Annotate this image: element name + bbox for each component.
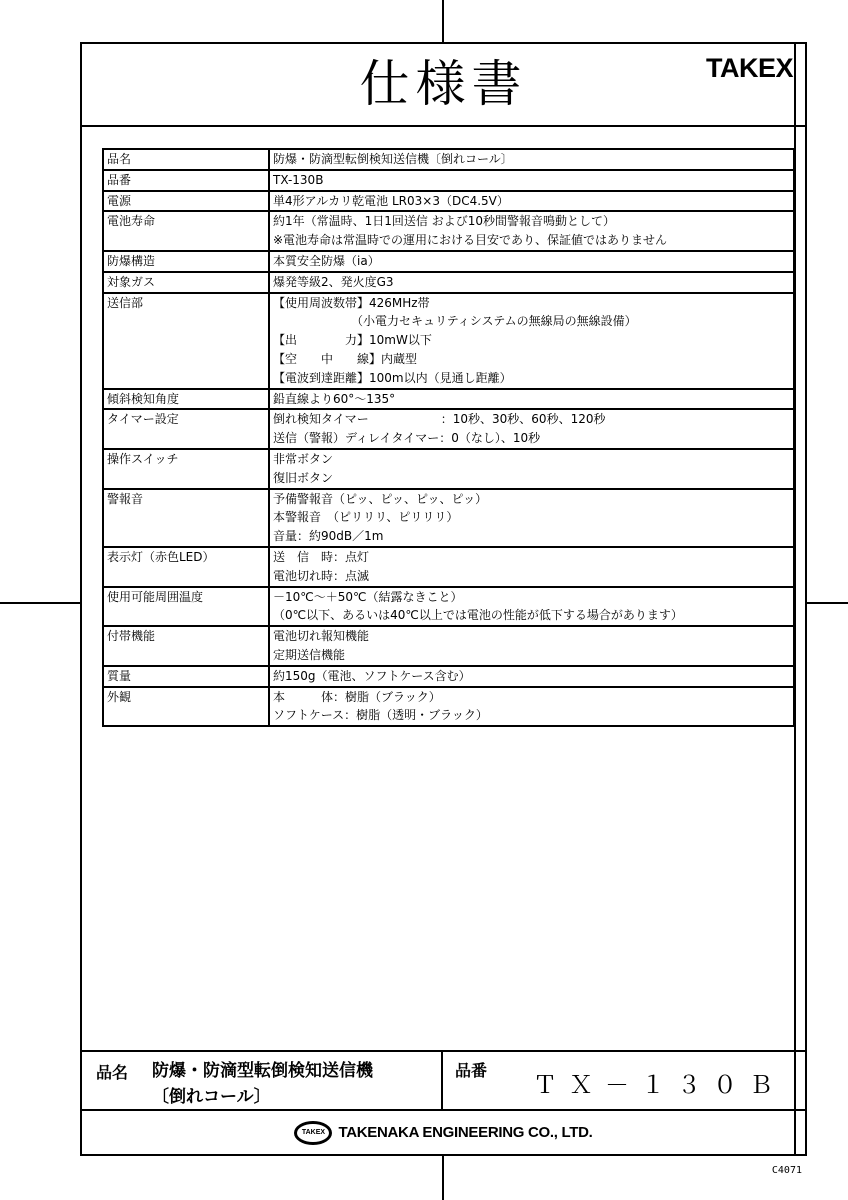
company-block: TAKEX TAKENAKA ENGINEERING CO., LTD. — [82, 1111, 805, 1154]
spec-row: 外観本 体：樹脂（ブラック）ソフトケース：樹脂（透明・ブラック） — [103, 687, 794, 727]
spec-value-line: 本質安全防爆（ia） — [273, 252, 790, 271]
spec-row: 表示灯（赤色LED）送 信 時：点灯電池切れ時：点滅 — [103, 547, 794, 587]
spec-row: 電源単4形アルカリ乾電池 LR03×3（DC4.5V） — [103, 191, 794, 212]
spec-value: 鉛直線より60°～135° — [269, 389, 794, 410]
spec-value-line: 【空 中 線】内蔵型 — [273, 350, 790, 369]
spec-key: 表示灯（赤色LED） — [103, 547, 269, 587]
spec-value-line: 送信（警報）ディレイタイマー：0（なし）、10秒 — [273, 429, 790, 448]
spec-value-line: 約150g（電池、ソフトケース含む） — [273, 667, 790, 686]
spec-value: 約1年（常温時、1日1回送信 および10秒間警報音鳴動として）※電池寿命は常温時… — [269, 211, 794, 251]
spec-value: 爆発等級2、発火度G3 — [269, 272, 794, 293]
spec-value-line: －10℃～＋50℃（結露なきこと） — [273, 588, 790, 607]
brand-logo: TAKEX — [706, 53, 793, 84]
spec-value-line: 【電波到達距離】100m以内（見通し距離） — [273, 369, 790, 388]
spec-value-line: ※電池寿命は常温時での運用における目安であり、保証値ではありません — [273, 231, 790, 250]
spec-value-line: 電池切れ時：点滅 — [273, 567, 790, 586]
company-name: TAKENAKA ENGINEERING CO., LTD. — [338, 1124, 592, 1141]
spec-row: 質量約150g（電池、ソフトケース含む） — [103, 666, 794, 687]
spec-row: 操作スイッチ非常ボタン復旧ボタン — [103, 449, 794, 489]
spec-value-line: 爆発等級2、発火度G3 — [273, 273, 790, 292]
spec-value: －10℃～＋50℃（結露なきこと）（0℃以下、あるいは40℃以上では電池の性能が… — [269, 587, 794, 627]
spec-value-line: 【出 力】10mW以下 — [273, 331, 790, 350]
spec-value-line: 本警報音 （ピリリリ、ピリリリ） — [273, 508, 790, 527]
spec-value-line: 約1年（常温時、1日1回送信 および10秒間警報音鳴動として） — [273, 212, 790, 231]
spec-value: 倒れ検知タイマー ：10秒、30秒、60秒、120秒送信（警報）ディレイタイマー… — [269, 409, 794, 449]
spec-key: 品名 — [103, 149, 269, 170]
spec-row: 品番TX-130B — [103, 170, 794, 191]
registration-mark-bottom — [442, 1156, 444, 1200]
spec-key: 対象ガス — [103, 272, 269, 293]
spec-value-line: 送 信 時：点灯 — [273, 548, 790, 567]
spec-value-line: 非常ボタン — [273, 450, 790, 469]
product-name-cell: 品名 防爆・防滴型転倒検知送信機 〔倒れコール〕 — [82, 1052, 443, 1111]
spec-row: 対象ガス爆発等級2、発火度G3 — [103, 272, 794, 293]
spec-value: 【使用周波数帯】426MHz帯 （小電力セキュリティシステムの無線局の無線設備）… — [269, 293, 794, 389]
spec-row: 品名防爆・防滴型転倒検知送信機〔倒れコール〕 — [103, 149, 794, 170]
spec-value-line: 防爆・防滴型転倒検知送信機〔倒れコール〕 — [273, 150, 790, 169]
spec-value: 送 信 時：点灯電池切れ時：点滅 — [269, 547, 794, 587]
spec-value-line: 電池切れ報知機能 — [273, 627, 790, 646]
spec-value: 予備警報音（ピッ、ピッ、ピッ、ピッ）本警報音 （ピリリリ、ピリリリ）音量：約90… — [269, 489, 794, 547]
spec-key: タイマー設定 — [103, 409, 269, 449]
product-number-value: ＴＸ－１３０Ｂ — [533, 1065, 785, 1100]
spec-row: タイマー設定倒れ検知タイマー ：10秒、30秒、60秒、120秒送信（警報）ディ… — [103, 409, 794, 449]
spec-value-line: ソフトケース：樹脂（透明・ブラック） — [273, 706, 790, 725]
spec-value-line: 単4形アルカリ乾電池 LR03×3（DC4.5V） — [273, 192, 790, 211]
registration-mark-right — [807, 602, 848, 604]
spec-key: 送信部 — [103, 293, 269, 389]
document-frame: 仕様書 TAKEX 品名防爆・防滴型転倒検知送信機〔倒れコール〕品番TX-130… — [80, 42, 807, 1156]
product-number-cell: 品番 ＴＸ－１３０Ｂ — [443, 1052, 805, 1111]
spec-key: 傾斜検知角度 — [103, 389, 269, 410]
spec-value: TX-130B — [269, 170, 794, 191]
spec-value: 防爆・防滴型転倒検知送信機〔倒れコール〕 — [269, 149, 794, 170]
registration-mark-left — [0, 602, 80, 604]
spec-value: 単4形アルカリ乾電池 LR03×3（DC4.5V） — [269, 191, 794, 212]
spec-value-line: 鉛直線より60°～135° — [273, 390, 790, 409]
document-code: C4071 — [772, 1165, 802, 1176]
spec-value: 本質安全防爆（ia） — [269, 251, 794, 272]
spec-value: 電池切れ報知機能定期送信機能 — [269, 626, 794, 666]
spec-value-line: 復旧ボタン — [273, 469, 790, 488]
spec-key: 品番 — [103, 170, 269, 191]
spec-key: 電源 — [103, 191, 269, 212]
document-header: 仕様書 TAKEX — [82, 44, 805, 127]
spec-value-line: 音量：約90dB／1m — [273, 527, 790, 546]
spec-table: 品名防爆・防滴型転倒検知送信機〔倒れコール〕品番TX-130B電源単4形アルカリ… — [102, 148, 795, 727]
spec-row: 電池寿命約1年（常温時、1日1回送信 および10秒間警報音鳴動として）※電池寿命… — [103, 211, 794, 251]
product-number-label: 品番 — [455, 1058, 487, 1081]
spec-row: 送信部【使用周波数帯】426MHz帯 （小電力セキュリティシステムの無線局の無線… — [103, 293, 794, 389]
spec-value-line: （小電力セキュリティシステムの無線局の無線設備） — [273, 312, 790, 331]
spec-key: 警報音 — [103, 489, 269, 547]
spec-row: 警報音予備警報音（ピッ、ピッ、ピッ、ピッ）本警報音 （ピリリリ、ピリリリ）音量：… — [103, 489, 794, 547]
spec-key: 使用可能周囲温度 — [103, 587, 269, 627]
spec-key: 外観 — [103, 687, 269, 727]
spec-value: 非常ボタン復旧ボタン — [269, 449, 794, 489]
product-name-label: 品名 — [96, 1060, 128, 1083]
document-title: 仕様書 — [82, 54, 805, 114]
spec-value-line: （0℃以下、あるいは40℃以上では電池の性能が低下する場合があります） — [273, 606, 790, 625]
spec-value-line: 予備警報音（ピッ、ピッ、ピッ、ピッ） — [273, 490, 790, 509]
spec-value-line: TX-130B — [273, 171, 790, 190]
spec-value: 本 体：樹脂（ブラック）ソフトケース：樹脂（透明・ブラック） — [269, 687, 794, 727]
spec-value-line: 【使用周波数帯】426MHz帯 — [273, 294, 790, 313]
title-block: 品名 防爆・防滴型転倒検知送信機 〔倒れコール〕 品番 ＴＸ－１３０Ｂ TAKE… — [82, 1050, 805, 1154]
spec-key: 防爆構造 — [103, 251, 269, 272]
spec-value-line: 倒れ検知タイマー ：10秒、30秒、60秒、120秒 — [273, 410, 790, 429]
spec-key: 電池寿命 — [103, 211, 269, 251]
spec-value-line: 定期送信機能 — [273, 646, 790, 665]
spec-value: 約150g（電池、ソフトケース含む） — [269, 666, 794, 687]
spec-value-line: 本 体：樹脂（ブラック） — [273, 688, 790, 707]
spec-row: 付帯機能電池切れ報知機能定期送信機能 — [103, 626, 794, 666]
product-name-value: 防爆・防滴型転倒検知送信機 〔倒れコール〕 — [152, 1058, 373, 1110]
spec-key: 付帯機能 — [103, 626, 269, 666]
spec-key: 質量 — [103, 666, 269, 687]
spec-row: 防爆構造本質安全防爆（ia） — [103, 251, 794, 272]
takex-logo-icon: TAKEX — [294, 1121, 332, 1145]
spec-row: 傾斜検知角度鉛直線より60°～135° — [103, 389, 794, 410]
spec-key: 操作スイッチ — [103, 449, 269, 489]
registration-mark-top — [442, 0, 444, 42]
spec-row: 使用可能周囲温度－10℃～＋50℃（結露なきこと）（0℃以下、あるいは40℃以上… — [103, 587, 794, 627]
